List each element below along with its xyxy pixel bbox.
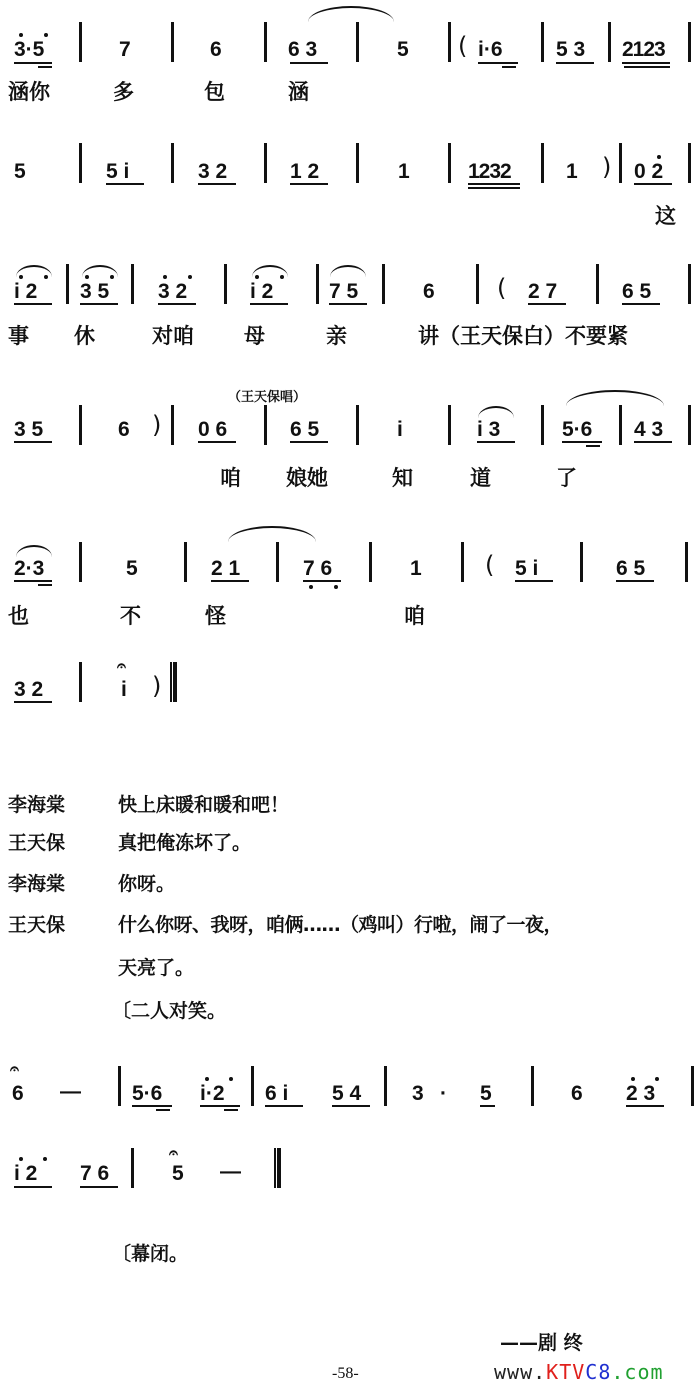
barline bbox=[184, 542, 187, 582]
dialogue-line: 真把俺冻坏了。 bbox=[118, 828, 251, 855]
barline bbox=[691, 1066, 694, 1106]
dialogue-line: 天亮了。 bbox=[118, 953, 194, 980]
note-group: 4 3 bbox=[634, 418, 663, 442]
barline bbox=[688, 264, 691, 304]
high-octave-dot bbox=[19, 1157, 23, 1161]
lyric: 知 bbox=[392, 462, 413, 492]
barline bbox=[531, 1066, 534, 1106]
note-group: 5 4 bbox=[332, 1082, 361, 1106]
barline bbox=[264, 143, 267, 183]
underline bbox=[14, 580, 52, 582]
stage-direction: 〔二人对笑。 bbox=[112, 996, 226, 1023]
lyric: 事 bbox=[8, 320, 29, 350]
note-group: 3 2 bbox=[158, 280, 187, 304]
note: 6 bbox=[423, 280, 435, 304]
underline bbox=[158, 303, 196, 305]
dialogue-line: 什么你呀、我呀，咱俩……（鸡叫）行啦，闹了一夜， bbox=[118, 910, 562, 937]
underline bbox=[106, 183, 144, 185]
underline bbox=[198, 441, 236, 443]
underline bbox=[14, 303, 52, 305]
speaker-name: 王天保 bbox=[8, 828, 65, 855]
underline bbox=[626, 1105, 664, 1107]
lyric: 娘她 bbox=[286, 462, 328, 492]
barline bbox=[356, 405, 359, 445]
slur bbox=[478, 406, 514, 418]
underline bbox=[132, 1105, 172, 1107]
note: 3 bbox=[412, 1082, 424, 1106]
note: 5 bbox=[14, 160, 26, 184]
underline bbox=[14, 441, 52, 443]
barline bbox=[448, 143, 451, 183]
underline bbox=[468, 187, 520, 189]
lyric: 咱 bbox=[220, 462, 241, 492]
note-group: 2 7 bbox=[528, 280, 557, 304]
note-group: 0 2 bbox=[634, 160, 663, 184]
note-group: 6 5 bbox=[290, 418, 319, 442]
dialogue-line: 你呀。 bbox=[118, 869, 175, 896]
barline bbox=[384, 1066, 387, 1106]
underline bbox=[622, 303, 660, 305]
barline bbox=[118, 1066, 121, 1106]
fermata-icon: 𝄐 bbox=[117, 656, 126, 676]
lyric: 讲（王天保白）不要紧 bbox=[418, 320, 628, 350]
barline bbox=[448, 405, 451, 445]
high-octave-dot bbox=[255, 275, 259, 279]
dash-sustain: — bbox=[60, 1080, 81, 1104]
watermark-brand-red: KTV bbox=[546, 1360, 585, 1384]
high-octave-dot bbox=[631, 1077, 635, 1081]
note-group: 3 2 bbox=[14, 678, 43, 702]
speaker-name: 王天保 bbox=[8, 910, 65, 937]
speaker-name: 李海棠 bbox=[8, 869, 65, 896]
watermark-prefix: www. bbox=[494, 1360, 546, 1384]
high-octave-dot bbox=[280, 275, 284, 279]
high-octave-dot bbox=[655, 1077, 659, 1081]
barline bbox=[79, 405, 82, 445]
note: i bbox=[121, 678, 127, 702]
dot-extension: · bbox=[440, 1082, 447, 1106]
note-group: 7 5 bbox=[329, 280, 358, 304]
note: 5 bbox=[172, 1162, 184, 1186]
note-group: 7 6 bbox=[303, 557, 332, 581]
underline bbox=[200, 1105, 240, 1107]
note-group: 2 1 bbox=[211, 557, 240, 581]
note-group: 5 i bbox=[106, 160, 129, 184]
barline bbox=[476, 264, 479, 304]
note-group: 3 5 bbox=[14, 418, 43, 442]
watermark-brand-blue: C8 bbox=[585, 1360, 611, 1384]
note: 6 bbox=[118, 418, 130, 442]
paren-close: ) bbox=[602, 153, 611, 181]
barline bbox=[619, 405, 622, 445]
speaker-name: 李海棠 bbox=[8, 790, 65, 817]
dash-sustain: — bbox=[220, 1160, 241, 1184]
watermark-suffix: .com bbox=[611, 1360, 663, 1384]
low-octave-dot bbox=[309, 585, 313, 589]
underline bbox=[211, 580, 249, 582]
underline bbox=[515, 580, 553, 582]
lyric: 包 bbox=[204, 76, 225, 106]
underline bbox=[156, 1109, 170, 1111]
barline bbox=[66, 264, 69, 304]
paren-close: ) bbox=[152, 672, 161, 700]
note-group: i 2 bbox=[14, 280, 37, 304]
note-group: 0 6 bbox=[198, 418, 227, 442]
underline bbox=[303, 580, 341, 582]
barline bbox=[131, 1148, 134, 1188]
underline bbox=[290, 62, 328, 64]
paren-open: ( bbox=[497, 274, 506, 302]
underline bbox=[332, 1105, 370, 1107]
lyric: 也 bbox=[8, 600, 29, 630]
note-group: 5·6 bbox=[562, 418, 592, 442]
lyric: 涵 bbox=[288, 76, 309, 106]
high-octave-dot bbox=[85, 275, 89, 279]
note-group: 1 2 bbox=[290, 160, 319, 184]
barline bbox=[685, 542, 688, 582]
lyric: 道 bbox=[470, 462, 491, 492]
fermata-icon: 𝄐 bbox=[169, 1143, 178, 1163]
note-group: 5 i bbox=[515, 557, 538, 581]
barline bbox=[276, 542, 279, 582]
barline bbox=[79, 542, 82, 582]
underline bbox=[634, 441, 672, 443]
barline bbox=[541, 405, 544, 445]
final-barline bbox=[170, 662, 177, 702]
note-group: 2 3 bbox=[626, 1082, 655, 1106]
lyric: 母 bbox=[244, 320, 265, 350]
underline bbox=[80, 1186, 118, 1188]
high-octave-dot bbox=[657, 155, 661, 159]
underline bbox=[290, 441, 328, 443]
barline bbox=[596, 264, 599, 304]
underline bbox=[14, 62, 52, 64]
note: 1 bbox=[566, 160, 578, 184]
barline bbox=[382, 264, 385, 304]
note-group: 6 i bbox=[265, 1082, 288, 1106]
barline bbox=[369, 542, 372, 582]
underline bbox=[528, 303, 566, 305]
note: i bbox=[397, 418, 403, 442]
high-octave-dot bbox=[43, 1157, 47, 1161]
note-group: 7 6 bbox=[80, 1162, 109, 1186]
low-octave-dot bbox=[334, 585, 338, 589]
lyric: 涵你 bbox=[8, 76, 50, 106]
paren-open: ( bbox=[485, 551, 494, 579]
note: 5 bbox=[480, 1082, 492, 1106]
underline bbox=[634, 183, 672, 185]
underline bbox=[38, 66, 52, 68]
barline bbox=[356, 143, 359, 183]
barline bbox=[79, 662, 82, 702]
watermark: www.KTVC8.com bbox=[494, 1360, 664, 1384]
barline bbox=[461, 542, 464, 582]
underline bbox=[38, 584, 52, 586]
high-octave-dot bbox=[110, 275, 114, 279]
barline bbox=[688, 143, 691, 183]
note: 6 bbox=[12, 1082, 24, 1106]
underline bbox=[502, 66, 516, 68]
underline bbox=[616, 580, 654, 582]
underline bbox=[224, 1109, 238, 1111]
underline bbox=[14, 701, 52, 703]
high-octave-dot bbox=[44, 275, 48, 279]
slur bbox=[228, 526, 316, 542]
slur bbox=[566, 390, 664, 406]
barline bbox=[131, 264, 134, 304]
note: 5 bbox=[126, 557, 138, 581]
underline bbox=[265, 1105, 303, 1107]
slur bbox=[330, 265, 366, 277]
singer-annotation: （王天保唱） bbox=[228, 386, 306, 405]
lyric: 多 bbox=[113, 76, 134, 106]
note-group: 3 2 bbox=[198, 160, 227, 184]
note-group: i 2 bbox=[14, 1162, 37, 1186]
curtain-direction: 〔幕闭。 bbox=[112, 1239, 188, 1266]
lyric: 对咱 bbox=[152, 320, 194, 350]
high-octave-dot bbox=[205, 1077, 209, 1081]
underline bbox=[468, 183, 520, 185]
high-octave-dot bbox=[163, 275, 167, 279]
barline bbox=[251, 1066, 254, 1106]
barline bbox=[264, 405, 267, 445]
note-group: 1232 bbox=[468, 160, 511, 184]
end-of-play-mark: ——剧 终 bbox=[500, 1328, 583, 1355]
barline bbox=[79, 143, 82, 183]
barline bbox=[688, 405, 691, 445]
underline bbox=[80, 303, 118, 305]
barline bbox=[541, 143, 544, 183]
underline bbox=[480, 1105, 495, 1107]
note: 1 bbox=[410, 557, 422, 581]
lyric: 咱 bbox=[404, 600, 425, 630]
lyric: 这 bbox=[655, 200, 676, 230]
slur bbox=[16, 545, 52, 557]
page-number: -58- bbox=[332, 1365, 359, 1383]
barline bbox=[316, 264, 319, 304]
underline bbox=[198, 183, 236, 185]
underline bbox=[624, 66, 670, 68]
barline bbox=[224, 264, 227, 304]
barline bbox=[171, 143, 174, 183]
underline bbox=[478, 62, 518, 64]
note-group: i 3 bbox=[477, 418, 500, 442]
underline bbox=[14, 1186, 52, 1188]
fermata-icon: 𝄐 bbox=[10, 1059, 19, 1079]
high-octave-dot bbox=[188, 275, 192, 279]
lyric: 休 bbox=[74, 320, 95, 350]
note-group: 5·6 bbox=[132, 1082, 162, 1106]
underline bbox=[562, 441, 602, 443]
lyric: 了 bbox=[556, 462, 577, 492]
underline bbox=[586, 445, 600, 447]
paren-close: ) bbox=[152, 411, 161, 439]
lyric: 不 bbox=[120, 600, 141, 630]
note-group: i 2 bbox=[250, 280, 273, 304]
underline bbox=[290, 183, 328, 185]
note: 1 bbox=[398, 160, 410, 184]
note-group: 6 5 bbox=[622, 280, 651, 304]
lyric: 怪 bbox=[205, 600, 226, 630]
final-barline bbox=[274, 1148, 281, 1188]
underline bbox=[622, 62, 670, 64]
barline bbox=[171, 405, 174, 445]
underline bbox=[477, 441, 515, 443]
high-octave-dot bbox=[229, 1077, 233, 1081]
coda-system-2: i 2 7 6 𝄐 5 — bbox=[0, 0, 700, 60]
underline bbox=[250, 303, 288, 305]
note-group: 2·3 bbox=[14, 557, 44, 581]
barline bbox=[619, 143, 622, 183]
underline bbox=[329, 303, 367, 305]
dialogue-line: 快上床暖和暖和吧！ bbox=[118, 790, 289, 817]
high-octave-dot bbox=[19, 275, 23, 279]
note-group: 3 5 bbox=[80, 280, 109, 304]
note-group: 6 5 bbox=[616, 557, 645, 581]
underline bbox=[556, 62, 594, 64]
lyric: 亲 bbox=[326, 320, 347, 350]
barline bbox=[580, 542, 583, 582]
note: 6 bbox=[571, 1082, 583, 1106]
note-group: i·2 bbox=[200, 1082, 225, 1106]
